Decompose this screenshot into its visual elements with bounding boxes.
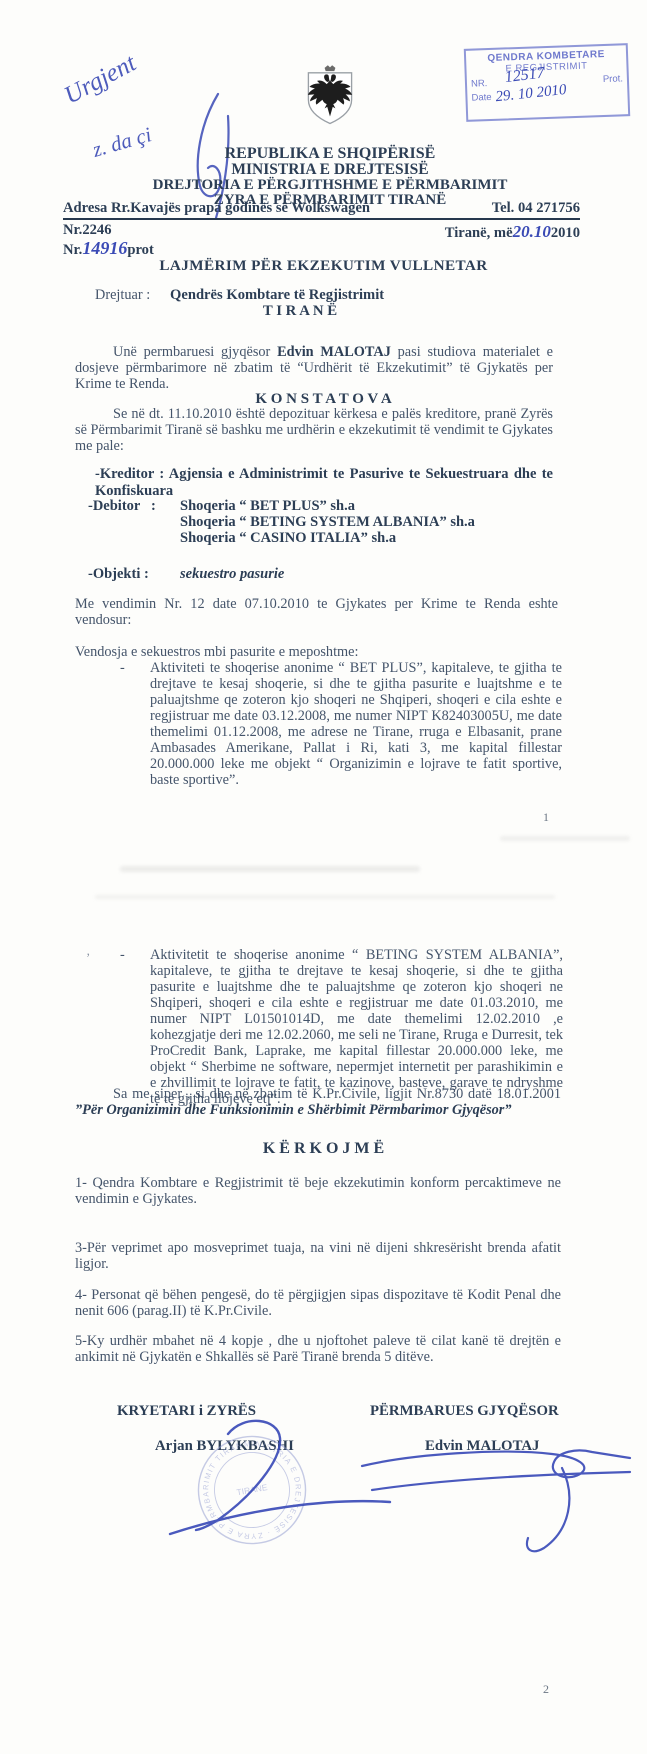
handwritten-protocol-number: 14916 bbox=[82, 238, 127, 258]
handwritten-note-urgent: Urgjent bbox=[60, 50, 141, 111]
heading-kerkojme: K Ë R K O J M Ë bbox=[0, 1140, 647, 1158]
document-title: LAJMËRIM PËR EKZEKUTIM VULLNETAR bbox=[0, 257, 647, 275]
bullet2-text: Aktivitetit te shoqerise anonime “ BETIN… bbox=[150, 947, 563, 1107]
object-label: -Objekti : bbox=[88, 566, 149, 583]
paragraph-legal-basis: Sa me siper , si dhe në zbatim të K.Pr.C… bbox=[75, 1086, 561, 1118]
albanian-eagle-emblem bbox=[303, 64, 357, 128]
request-item-5: 5-Ky urdhër mbahet në 4 kopje , dhe u nj… bbox=[75, 1333, 561, 1365]
margin-mark: ’ bbox=[86, 950, 90, 966]
page-number-1: 1 bbox=[543, 810, 549, 825]
addressee-label: Drejtuar : bbox=[95, 287, 150, 303]
office-address: Adresa Rr.Kavajës prapa godinës së Wolks… bbox=[63, 200, 370, 217]
protocol-number-row: Nr.14916prot bbox=[63, 238, 154, 259]
object-value: sekuestro pasurie bbox=[180, 566, 284, 583]
paragraph-sequestration-intro: Vendosja e sekuestros mbi pasurite e mep… bbox=[75, 644, 359, 660]
page-number-2: 2 bbox=[543, 1682, 549, 1697]
address-row: Adresa Rr.Kavajës prapa godinës së Wolks… bbox=[63, 200, 580, 220]
bullet1-text: Aktiviteti te shoqerise anonime “ BET PL… bbox=[150, 660, 562, 788]
request-item-4: 4- Personat që bëhen pengesë, do të përg… bbox=[75, 1287, 561, 1319]
handwritten-date: 20.10 bbox=[513, 222, 551, 241]
debtor-item-3: Shoqeria “ CASINO ITALIA” sh.a bbox=[180, 530, 396, 547]
debtor-item-2: Shoqeria “ BETING SYSTEM ALBANIA” sh.a bbox=[180, 514, 475, 531]
request-item-1: 1- Qendra Kombtare e Regjistrimit të bej… bbox=[75, 1175, 561, 1207]
creditor-block: -Kreditor : Agjensia e Administrimit te … bbox=[95, 466, 553, 500]
letterhead-republic: REPUBLIKA E SHQIPËRISË bbox=[50, 146, 610, 161]
bailiff-name-inline: Edvin MALOTAJ bbox=[277, 344, 391, 360]
scanned-document-page: Urgjent z. da çi QENDRA KOMBETARE E REGJ… bbox=[0, 0, 647, 1754]
place-date: Tiranë, më20.102010 bbox=[445, 222, 580, 242]
creditor-label: -Kreditor : bbox=[95, 466, 164, 482]
office-phone: Tel. 04 271756 bbox=[492, 200, 580, 217]
creditor-text: Agjensia e Administrimit te Pasurive te … bbox=[95, 466, 553, 499]
scan-smudge-2 bbox=[120, 866, 420, 872]
debtor-label: -Debitor : bbox=[88, 498, 156, 515]
debtor-item-1: Shoqeria “ BET PLUS” sh.a bbox=[180, 498, 355, 515]
registry-stamp-nr-label: NR. bbox=[471, 78, 488, 90]
law-title-italic: ”Për Organizimin dhe Funksionimin e Shër… bbox=[75, 1102, 512, 1118]
bullet2-dash: - bbox=[120, 947, 125, 964]
letterhead-ministry: MINISTRIA E DREJTESISË bbox=[50, 162, 610, 177]
paragraph-deposit: Se në dt. 11.10.2010 është depozituar kë… bbox=[75, 406, 553, 454]
signature-right bbox=[352, 1438, 637, 1558]
intro-paragraph: Unë permbaruesi gjyqësor Edvin MALOTAJ p… bbox=[75, 344, 553, 392]
registry-stamp-prot-label: Prot. bbox=[603, 73, 623, 85]
letterhead-directorate: DREJTORIA E PËRGJITHSHME E PËRMBARIMIT bbox=[50, 178, 610, 193]
registry-stamp: QENDRA KOMBETARE E REGJISTRIMIT NR. Prot… bbox=[464, 43, 630, 122]
paragraph-decision: Me vendimin Nr. 12 date 07.10.2010 te Gj… bbox=[75, 596, 558, 628]
request-item-3: 3-Për veprimet apo mosveprimet tuaja, na… bbox=[75, 1240, 561, 1272]
addressee-city: T I R A N Ë bbox=[170, 303, 430, 320]
scan-smudge-3 bbox=[95, 895, 555, 899]
registry-stamp-date-label: Date bbox=[471, 92, 491, 104]
addressee-name: Qendrës Kombtare të Regjistrimit bbox=[170, 287, 384, 304]
scan-smudge-1 bbox=[500, 836, 630, 841]
bullet1-dash: - bbox=[120, 660, 125, 677]
